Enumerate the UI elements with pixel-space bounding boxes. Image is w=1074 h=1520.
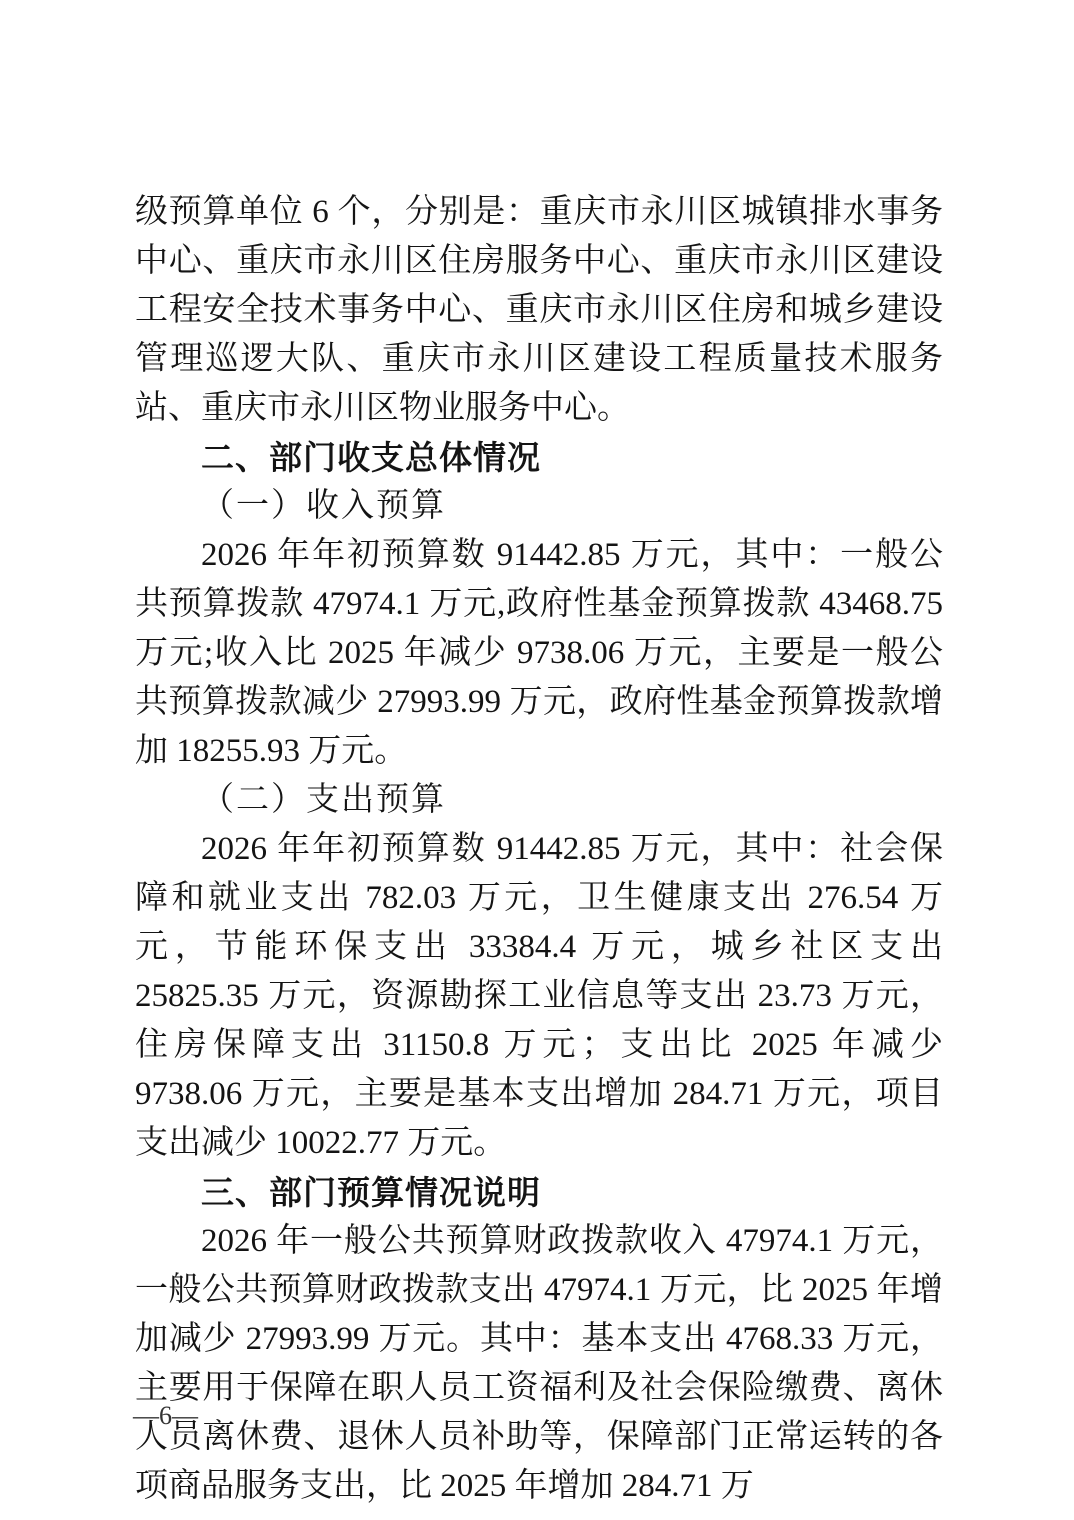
subheading-income-budget: （一）收入预算 bbox=[135, 482, 943, 531]
subheading-expenditure-budget: （二）支出预算 bbox=[135, 776, 943, 825]
paragraph-expenditure-budget: 2026 年年初预算数 91442.85 万元，其中：社会保障和就业支出 782… bbox=[135, 825, 943, 1168]
paragraph-income-budget: 2026 年年初预算数 91442.85 万元，其中：一般公共预算拨款 4797… bbox=[135, 531, 943, 776]
document-page: 级预算单位 6 个，分别是：重庆市永川区城镇排水事务中心、重庆市永川区住房服务中… bbox=[0, 0, 1074, 1520]
paragraph-budget-units: 级预算单位 6 个，分别是：重庆市永川区城镇排水事务中心、重庆市永川区住房服务中… bbox=[135, 188, 943, 433]
document-content: 级预算单位 6 个，分别是：重庆市永川区城镇排水事务中心、重庆市永川区住房服务中… bbox=[135, 188, 943, 1511]
page-number: —6— bbox=[133, 1400, 198, 1432]
paragraph-budget-explanation: 2026 年一般公共预算财政拨款收入 47974.1 万元，一般公共预算财政拨款… bbox=[135, 1217, 943, 1511]
heading-section-three-budget-explanation: 三、部门预算情况说明 bbox=[135, 1168, 943, 1217]
heading-section-two-revenue-expenditure-overview: 二、部门收支总体情况 bbox=[135, 433, 943, 482]
